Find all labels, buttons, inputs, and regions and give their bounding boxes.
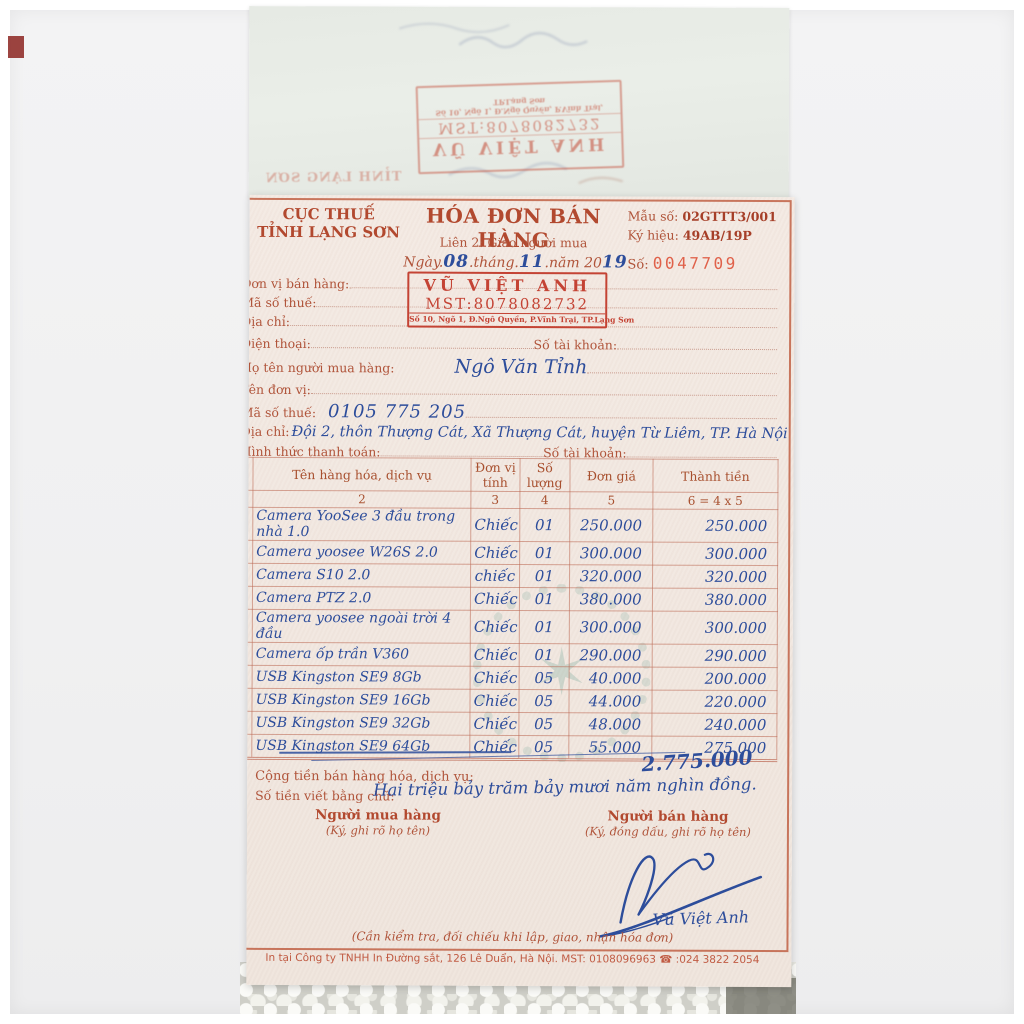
item-unit: Chiếc xyxy=(470,712,519,735)
form-number-line: Mẫu số: 02GTTT3/001 xyxy=(628,206,788,226)
item-row: Camera S10 2.0chiếc01320.000320.000 xyxy=(246,563,777,588)
table-header-row: Tên hàng hóa, dịch vụ Đơn vị tính Số lượ… xyxy=(246,457,778,492)
items-table-wrap: Tên hàng hóa, dịch vụ Đơn vị tính Số lượ… xyxy=(246,457,778,762)
buyer-address-value: Đội 2, thôn Thượng Cát, Xã Thượng Cát, h… xyxy=(291,424,787,442)
item-qty: 01 xyxy=(519,610,570,643)
invoice-number-value: 0047709 xyxy=(653,254,738,273)
date-mid1: .tháng. xyxy=(469,255,519,271)
item-row: Camera ốp trần V360Chiếc01290.000290.000 xyxy=(246,642,777,667)
item-name: Camera YooSee 3 đầu trong nhà 1.0 xyxy=(253,507,471,541)
dotted-line xyxy=(311,335,534,349)
buyer-name-row: Họ tên người mua hàng: Ngô Văn Tỉnh xyxy=(246,355,777,377)
dotted-line xyxy=(617,336,777,350)
item-name: Camera PTZ 2.0 xyxy=(252,586,470,610)
item-unit: Chiếc xyxy=(471,508,520,541)
item-total: 290.000 xyxy=(652,644,777,668)
item-total: 200.000 xyxy=(652,667,777,691)
date-month: 11 xyxy=(519,252,545,272)
dotted-line xyxy=(466,405,777,419)
issuer-line2: TỈNH LẠNG SƠN xyxy=(254,223,404,242)
item-total: 320.000 xyxy=(652,565,777,589)
item-total: 380.000 xyxy=(652,588,777,612)
col-num: 6 = 4 x 5 xyxy=(653,492,778,510)
col-header-unit: Đơn vị tính xyxy=(471,458,520,491)
buyer-signature-note: (Ký, ghi rõ họ tên) xyxy=(293,823,463,838)
buyer-tax-row: Mã số thuế: 0105 775 205 xyxy=(246,401,777,422)
bleedthrough-stamp: VŨ VIỆT ANH MST:8078082732 Số 10, Ngõ 1,… xyxy=(416,80,625,174)
series-line: Ký hiệu: 49AB/19P xyxy=(628,225,788,245)
item-row: Camera yoosee ngoài trời 4 đầuChiếc01300… xyxy=(246,609,777,644)
item-name: Camera ốp trần V360 xyxy=(252,642,470,666)
photo-edge-mark xyxy=(8,36,24,58)
item-price: 320.000 xyxy=(570,565,653,588)
photo-page: VŨ VIỆT ANH MST:8078082732 Số 10, Ngõ 1,… xyxy=(0,0,1024,1024)
seller-name-label: Đơn vị bán hàng: xyxy=(246,276,349,291)
seller-stamp-tax: MST:8078082732 xyxy=(409,295,605,314)
check-note: (Cần kiểm tra, đối chiếu khi lập, giao, … xyxy=(246,929,792,945)
buyer-signature-title: Người mua hàng xyxy=(293,807,463,824)
col-num: 5 xyxy=(570,492,653,509)
invoice-paper: ✶ CỤC THUẾ TỈNH LẠNG SƠN HÓA ĐƠN BÁN HÀN… xyxy=(246,195,794,987)
col-header-name: Tên hàng hóa, dịch vụ xyxy=(253,457,471,491)
seller-account-label: Số tài khoản: xyxy=(534,337,618,352)
invoice-meta: Mẫu số: 02GTTT3/001 Ký hiệu: 49AB/19P Số… xyxy=(627,206,787,275)
item-price: 300.000 xyxy=(570,542,653,565)
item-name: Camera yoosee ngoài trời 4 đầu xyxy=(252,609,470,643)
dotted-line xyxy=(381,443,544,457)
item-total: 250.000 xyxy=(652,509,777,543)
item-unit: chiếc xyxy=(471,564,520,587)
item-unit: Chiếc xyxy=(471,541,520,564)
item-total: 300.000 xyxy=(652,542,777,566)
col-header-price: Đơn giá xyxy=(570,459,653,492)
seller-tax-label: Mã số thuế: xyxy=(246,295,316,310)
item-qty: 01 xyxy=(519,541,570,564)
date-line: Ngày.08.tháng.11.năm 2019 xyxy=(385,251,645,272)
item-name: USB Kingston SE9 16Gb xyxy=(252,688,470,712)
col-header-qty: Số lượng xyxy=(519,458,570,491)
item-qty: 01 xyxy=(519,643,570,666)
item-unit: Chiếc xyxy=(470,689,519,712)
item-qty: 05 xyxy=(519,666,570,689)
item-qty: 01 xyxy=(519,564,570,587)
seller-phone-row: Điện thoại: Số tài khoản: xyxy=(246,335,777,353)
item-qty: 05 xyxy=(518,712,569,735)
item-price: 48.000 xyxy=(569,713,652,736)
series-label: Ký hiệu: xyxy=(628,227,679,242)
form-value: 02GTTT3/001 xyxy=(682,209,777,224)
dotted-line xyxy=(627,444,777,458)
seller-phone-label: Điện thoại: xyxy=(246,336,311,351)
item-row: USB Kingston SE9 16GbChiếc0544.000220.00… xyxy=(246,688,777,713)
item-price: 300.000 xyxy=(569,611,652,644)
item-row: USB Kingston SE9 32GbChiếc0548.000240.00… xyxy=(246,711,777,736)
items-table: Tên hàng hóa, dịch vụ Đơn vị tính Số lượ… xyxy=(246,457,778,762)
series-value: 49AB/19P xyxy=(683,228,752,243)
item-price: 380.000 xyxy=(569,588,652,611)
dotted-line xyxy=(311,381,777,396)
date-mid2: .năm 20 xyxy=(545,255,602,271)
item-name: Camera yoosee W26S 2.0 xyxy=(253,540,471,564)
item-qty: 05 xyxy=(519,689,570,712)
buyer-name-value: Ngô Văn Tỉnh xyxy=(454,356,587,379)
item-row: USB Kingston SE9 8GbChiếc0540.000200.000 xyxy=(246,665,777,690)
seller-stamp: VŨ VIỆT ANH MST:8078082732 Số 10, Ngõ 1,… xyxy=(407,272,607,329)
form-label: Mẫu số: xyxy=(628,208,679,223)
buyer-address-label: Địa chỉ: xyxy=(246,424,289,439)
col-num: 4 xyxy=(519,491,570,508)
item-name: USB Kingston SE9 32Gb xyxy=(252,711,470,735)
bleedthrough-header-text: TỈNH LẠNG SƠN xyxy=(265,169,402,186)
item-row: Camera PTZ 2.0Chiếc01380.000380.000 xyxy=(246,586,777,611)
buyer-tax-value: 0105 775 205 xyxy=(328,401,466,423)
item-unit: Chiếc xyxy=(470,666,519,689)
buyer-signature-block: Người mua hàng (Ký, ghi rõ họ tên) xyxy=(293,807,463,838)
date-day: 08 xyxy=(443,252,469,272)
item-price: 40.000 xyxy=(569,667,652,690)
photo-background: VŨ VIỆT ANH MST:8078082732 Số 10, Ngõ 1,… xyxy=(10,10,1014,1014)
item-price: 55.000 xyxy=(569,736,652,760)
item-unit: Chiếc xyxy=(470,610,519,643)
item-name: USB Kingston SE9 8Gb xyxy=(252,665,470,689)
item-qty: 01 xyxy=(519,587,570,610)
item-total: 220.000 xyxy=(652,690,777,714)
issuing-authority: CỤC THUẾ TỈNH LẠNG SƠN xyxy=(254,205,404,242)
invoice-number-line: Số: 0047709 xyxy=(627,253,787,275)
item-total: 240.000 xyxy=(652,713,777,737)
seller-stamp-address: Số 10, Ngõ 1, Đ.Ngô Quyền, P.Vĩnh Trại, … xyxy=(409,313,605,327)
col-num: 3 xyxy=(471,491,520,508)
seller-signature-name: Vũ Việt Anh xyxy=(652,907,749,929)
item-price: 250.000 xyxy=(570,509,653,542)
copy-note: Liên 2: Giao người mua xyxy=(403,234,623,250)
issuer-line1: CỤC THUẾ xyxy=(254,205,404,224)
printer-info: In tại Công ty TNHH In Đường sắt, 126 Lê… xyxy=(246,952,792,966)
buyer-company-label: Tên đơn vị: xyxy=(246,382,311,397)
date-year: 19 xyxy=(602,252,628,272)
dotted-line xyxy=(587,360,777,374)
buyer-name-label: Họ tên người mua hàng: xyxy=(246,360,394,376)
item-total: 300.000 xyxy=(652,611,777,645)
seller-address-label: Địa chỉ: xyxy=(246,314,290,329)
item-qty: 01 xyxy=(519,508,570,541)
item-unit: Chiếc xyxy=(470,643,519,666)
item-name: Camera S10 2.0 xyxy=(253,563,471,587)
seller-signature-block: Người bán hàng (Ký, đóng dấu, ghi rõ họ … xyxy=(563,808,773,839)
item-unit: Chiếc xyxy=(471,587,520,610)
buyer-tax-label: Mã số thuế: xyxy=(246,405,316,420)
item-price: 44.000 xyxy=(569,690,652,713)
item-price: 290.000 xyxy=(569,644,652,667)
item-name: USB Kingston SE9 64Gb xyxy=(252,734,470,759)
col-header-total: Thành tiền xyxy=(653,459,778,493)
col-num: 2 xyxy=(253,490,471,508)
seller-signature-title: Người bán hàng xyxy=(563,808,773,825)
invoice-number-label: Số: xyxy=(627,257,648,272)
item-row: Camera YooSee 3 đầu trong nhà 1.0Chiếc01… xyxy=(246,507,778,542)
back-page-sheet: VŨ VIỆT ANH MST:8078082732 Số 10, Ngõ 1,… xyxy=(249,6,790,200)
seller-stamp-name: VŨ VIỆT ANH xyxy=(409,274,605,296)
buyer-company-row: Tên đơn vị: xyxy=(246,381,777,399)
item-row: Camera yoosee W26S 2.0Chiếc01300.000300.… xyxy=(246,540,777,565)
date-prefix: Ngày. xyxy=(403,254,443,270)
buyer-address-row: Địa chỉ: Đội 2, thôn Thượng Cát, Xã Thượ… xyxy=(246,423,776,441)
